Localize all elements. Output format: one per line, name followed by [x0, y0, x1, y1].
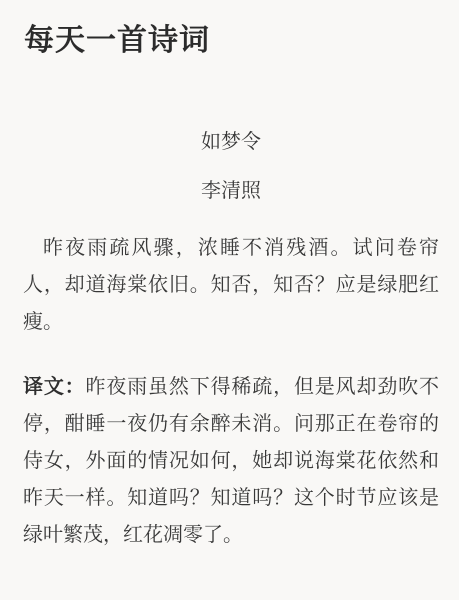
translation-paragraph: 译文：昨夜雨虽然下得稀疏，但是风却劲吹不停，酣睡一夜仍有余醉未消。问那正在卷帘的… — [23, 369, 439, 554]
translation-label: 译文： — [23, 376, 86, 398]
translation-text: 昨夜雨虽然下得稀疏，但是风却劲吹不停，酣睡一夜仍有余醉未消。问那正在卷帘的侍女，… — [23, 376, 439, 546]
page-title: 每天一首诗词 — [23, 25, 439, 57]
poem-page: 每天一首诗词 如梦令 李清照 昨夜雨疏风骤，浓睡不消残酒。试问卷帘人，却道海棠依… — [0, 0, 459, 600]
poem-body: 昨夜雨疏风骤，浓睡不消残酒。试问卷帘人，却道海棠依旧。知否，知否？应是绿肥红瘦。 — [23, 230, 439, 341]
poem-title: 如梦令 — [23, 131, 439, 153]
poem-author: 李清照 — [23, 180, 439, 202]
